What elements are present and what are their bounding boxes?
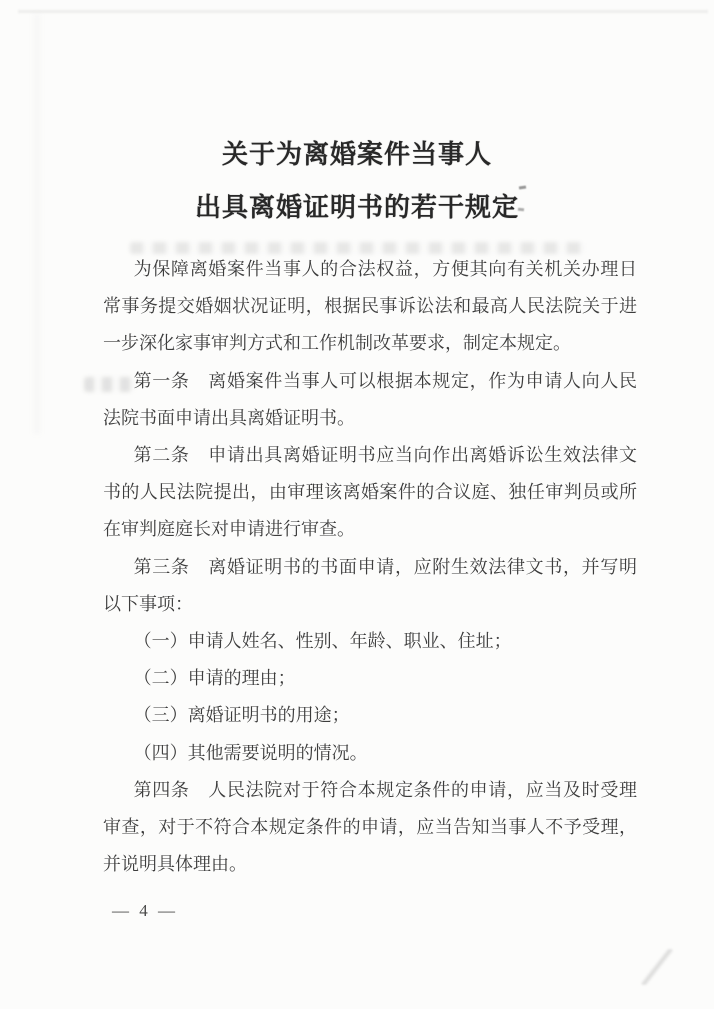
paragraph-item-4: （四）其他需要说明的情况。	[103, 735, 637, 772]
scanned-document-page: 关于为离婚案件当事人 出具离婚证明书的若干规定 为保障离婚案件当事人的合法权益，…	[0, 0, 714, 1009]
paragraph-article-2: 第二条 申请出具离婚证明书应当向作出离婚诉讼生效法律文书的人民法院提出，由审理该…	[103, 437, 637, 549]
paragraph-article-4: 第四条 人民法院对于符合本规定条件的申请，应当及时受理审查，对于不符合本规定条件…	[103, 772, 637, 884]
document-title: 关于为离婚案件当事人 出具离婚证明书的若干规定	[0, 128, 714, 234]
document-title-line-1: 关于为离婚案件当事人	[0, 128, 714, 181]
document-title-line-2: 出具离婚证明书的若干规定	[0, 181, 714, 234]
paragraph-item-1: （一）申请人姓名、性别、年龄、职业、住址；	[103, 623, 637, 660]
paragraph-item-2: （二）申请的理由；	[103, 660, 637, 697]
paragraph-article-3: 第三条 离婚证明书的书面申请，应附生效法律文书，并写明以下事项：	[103, 549, 637, 623]
ink-speck-artifact	[518, 208, 524, 212]
scan-scratch-artifact	[641, 947, 673, 988]
page-number: — 4 —	[112, 901, 178, 921]
document-body: 为保障离婚案件当事人的合法权益，方便其向有关机关办理日常事务提交婚姻状况证明，根…	[103, 251, 637, 883]
paragraph-preamble: 为保障离婚案件当事人的合法权益，方便其向有关机关办理日常事务提交婚姻状况证明，根…	[103, 251, 637, 363]
paragraph-article-1: 第一条 离婚案件当事人可以根据本规定，作为申请人向人民法院书面申请出具离婚证明书…	[103, 363, 637, 437]
paragraph-item-3: （三）离婚证明书的用途；	[103, 697, 637, 734]
scan-edge-artifact	[18, 10, 708, 13]
